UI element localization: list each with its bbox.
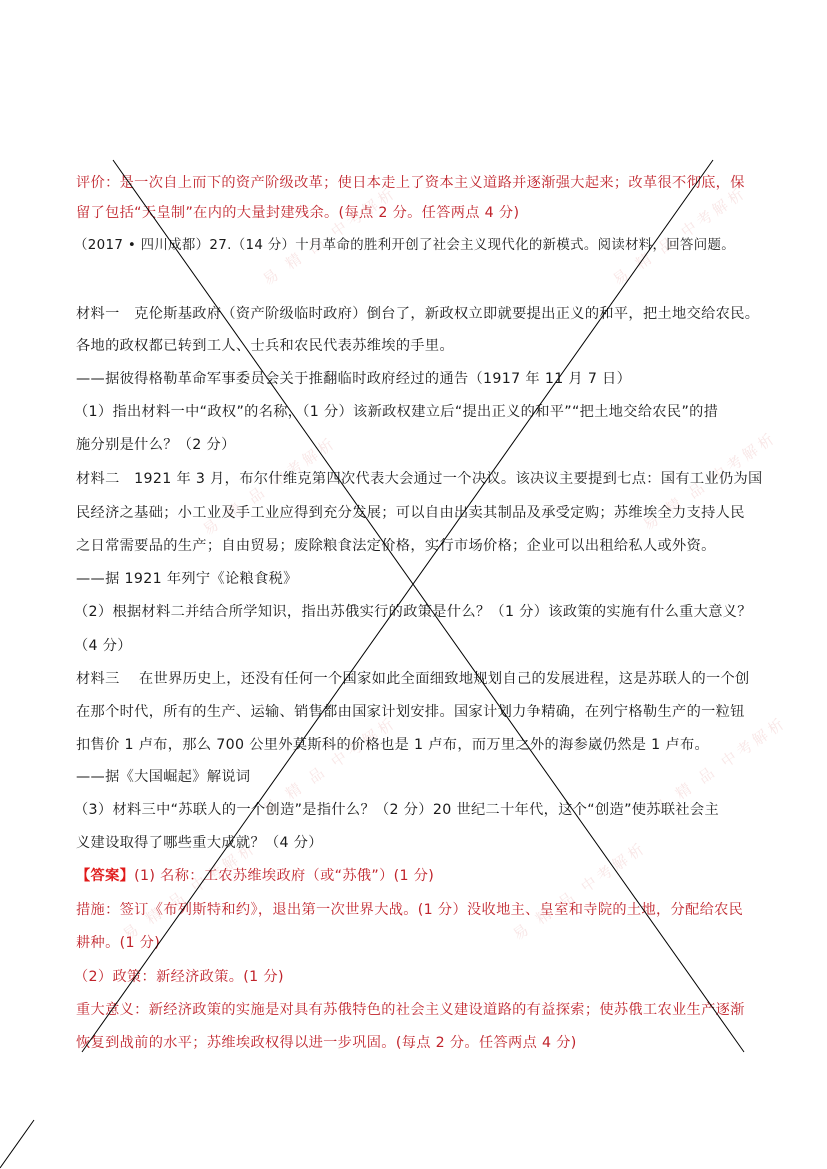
evaluation-line-1: 评价：是一次自上而下的资产阶级改革；使日本走上了资本主义道路并逐渐强大起来；改革… bbox=[76, 173, 745, 193]
material3-line-1: 材料三 在世界历史上，还没有任何一个国家如此全面细致地规划自己的发展进程，这是苏… bbox=[76, 669, 750, 689]
question-header: （2017 • 四川成都）27.（14 分）十月革命的胜利开创了社会主义现代化的… bbox=[74, 236, 735, 256]
material2-line-1: 材料二 1921 年 3 月，布尔什维克第四次代表大会通过一个决议。该决议主要提… bbox=[76, 469, 763, 489]
answer-label: 【答案】 bbox=[76, 868, 134, 884]
question1-line-2: 施分别是什么？（2 分） bbox=[76, 435, 236, 455]
answer-2-significance-line-1: 重大意义：新经济政策的实施是对具有苏俄特色的社会主义建设道路的有益探索；使苏俄工… bbox=[76, 1000, 745, 1020]
question1-line-1: （1）指出材料一中“政权”的名称，（1 分）该新政权建立后“提出正义的和平”“把… bbox=[74, 402, 718, 422]
question2-line-2: （4 分） bbox=[74, 636, 132, 656]
material3-line-2: 在那个时代，所有的生产、运输、销售都由国家计划安排。国家计划力争精确，在列宁格勒… bbox=[76, 702, 745, 722]
answer-1-name: (1) 名称：工农苏维埃政府（或“苏俄”）(1 分) bbox=[134, 868, 434, 884]
question3-line-2: 义建设取得了哪些重大成就？（4 分） bbox=[76, 833, 323, 853]
material3-line-3: 扣售价 1 卢布，那么 700 公里外莫斯科的价格也是 1 卢布，而万里之外的海… bbox=[76, 735, 709, 755]
material1-line-2: 各地的政权都已转到工人、士兵和农民代表苏维埃的手里。 bbox=[76, 336, 454, 356]
material2-source: ——据 1921 年列宁《论粮食税》 bbox=[76, 569, 298, 589]
answer-measures-line-1: 措施：签订《布列斯特和约》，退出第一次世界大战。(1 分）没收地主、皇室和寺院的… bbox=[76, 900, 743, 920]
answer-2-significance-line-2: 恢复到战前的水平；苏维埃政权得以进一步巩固。(每点 2 分。任答两点 4 分) bbox=[76, 1033, 577, 1053]
material1-line-1: 材料一 克伦斯基政府（资产阶级临时政府）倒台了，新政权立即就要提出正义的和平，把… bbox=[76, 304, 759, 324]
material3-source: ——据《大国崛起》解说词 bbox=[76, 767, 250, 787]
material1-source: ——据彼得格勒革命军事委员会关于推翻临时政府经过的通告（1917 年 11 月 … bbox=[76, 369, 631, 389]
document-page: 易 精 品 中考解析 易 精 品 中考解析 易 精 品 中考解析 易 精 品 中… bbox=[0, 0, 827, 1169]
corner-line bbox=[0, 1120, 34, 1168]
answer-2-policy: （2）政策：新经济政策。(1 分) bbox=[74, 967, 284, 987]
answer-line-1: 【答案】(1) 名称：工农苏维埃政府（或“苏俄”）(1 分) bbox=[76, 866, 434, 886]
question2-line-1: （2）根据材料二并结合所学知识，指出苏俄实行的政策是什么？（1 分）该政策的实施… bbox=[74, 602, 752, 622]
evaluation-line-2: 留了包括“天皇制”在内的大量封建残余。(每点 2 分。任答两点 4 分) bbox=[76, 203, 519, 223]
question3-line-1: （3）材料三中“苏联人的一个创造”是指什么？（2 分）20 世纪二十年代，这个“… bbox=[74, 800, 719, 820]
answer-measures-line-2: 耕种。(1 分) bbox=[76, 933, 160, 953]
material2-line-2: 民经济之基础；小工业及手工业应得到充分发展；可以自由出卖其制品及承受定购；苏维埃… bbox=[76, 503, 745, 523]
watermark: 易 精 品 中考解析 bbox=[508, 836, 651, 945]
material2-line-3: 之日常需要品的生产；自由贸易；废除粮食法定价格，实行市场价格；企业可以出租给私人… bbox=[76, 536, 716, 556]
